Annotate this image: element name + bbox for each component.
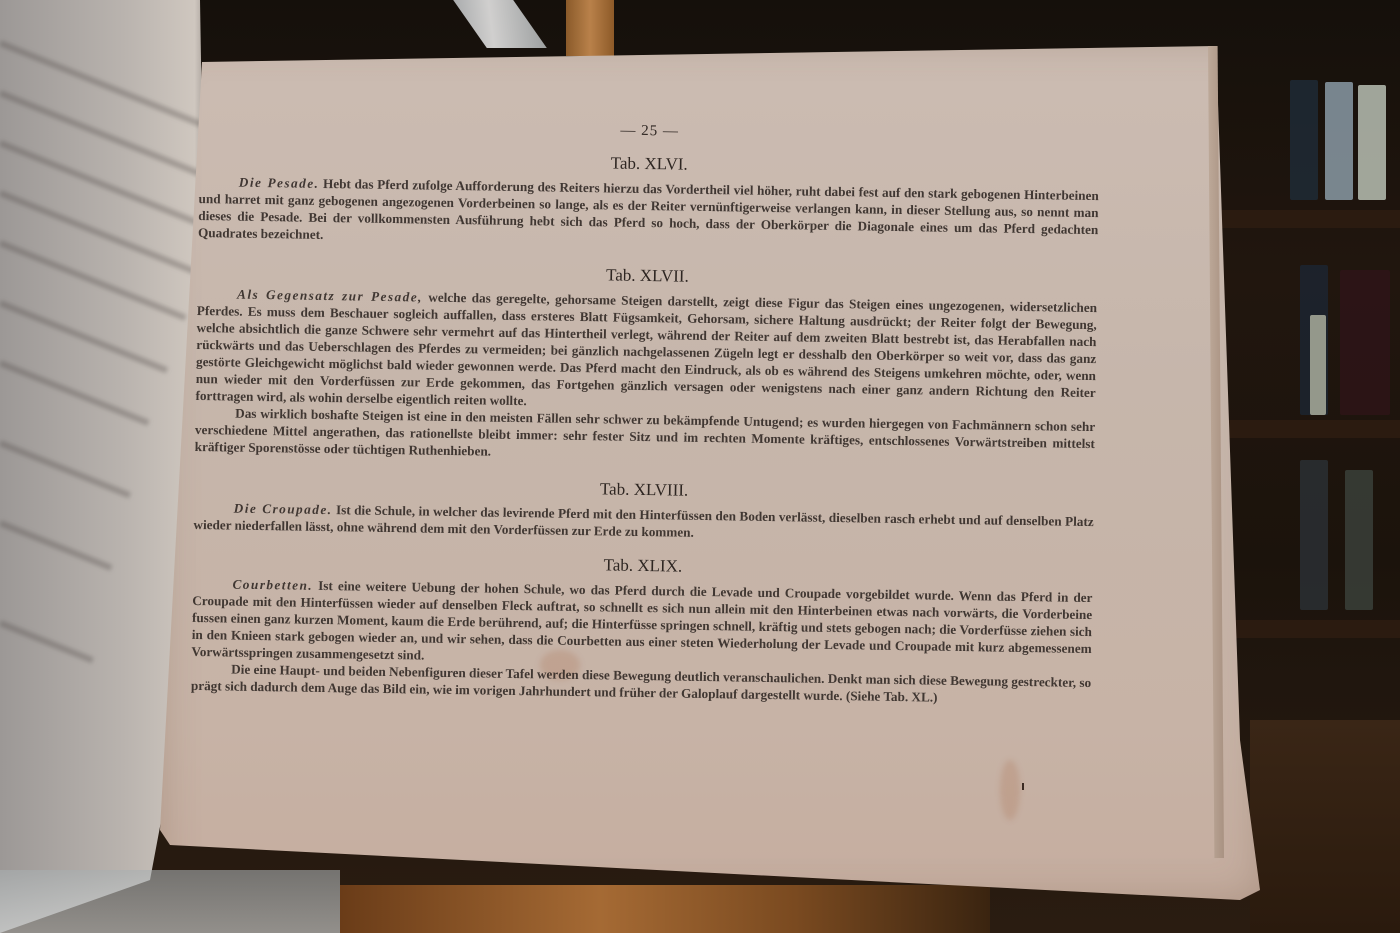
- paragraph: Die Pesade. Hebt das Pferd zufolge Auffo…: [198, 173, 1099, 255]
- section-tab-xlix: Tab. XLIX. Courbetten. Ist eine weitere …: [191, 549, 1093, 708]
- ink-mark: [1022, 783, 1024, 790]
- paragraph-lead: Als Gegensatz zur Pesade,: [237, 287, 423, 305]
- blurred-text-line: [0, 40, 224, 135]
- paragraph-lead: Courbetten.: [232, 577, 313, 593]
- blurred-text-line: [0, 140, 224, 235]
- section-tab-xlvii: Tab. XLVII. Als Gegensatz zur Pesade, we…: [195, 259, 1098, 469]
- shelf-board: [1220, 620, 1400, 638]
- blurred-text-line: [0, 300, 168, 373]
- paragraph: Als Gegensatz zur Pesade, welche das ger…: [195, 285, 1097, 418]
- blurred-text-line: [0, 440, 131, 498]
- paragraph-text: Ist eine weitere Uebung der hohen Schule…: [191, 578, 1092, 663]
- section-tab-xlvi: Tab. XLVI. Die Pesade. Hebt das Pferd zu…: [198, 147, 1099, 255]
- book-spine: [1345, 470, 1373, 610]
- paragraph: Die Croupade. Ist die Schule, in welcher…: [193, 499, 1093, 547]
- section-tab-xlviii: Tab. XLVIII. Die Croupade. Ist die Schul…: [193, 473, 1094, 547]
- page-text: — 25 — Tab. XLVI. Die Pesade. Hebt das P…: [191, 110, 1100, 708]
- blurred-text-line: [0, 360, 149, 426]
- book-spine: [1300, 460, 1328, 610]
- easel-base: [340, 885, 990, 933]
- easel-post: [566, 0, 614, 56]
- paper-stain: [1000, 760, 1020, 820]
- blurred-text-line: [0, 190, 205, 278]
- paragraph-text: Hebt das Pferd zufolge Aufforderung des …: [198, 176, 1099, 242]
- book-spine: [1310, 315, 1326, 415]
- paragraph: Courbetten. Ist eine weitere Uebung der …: [191, 575, 1092, 674]
- book-spine: [1340, 270, 1390, 415]
- paragraph-lead: Die Pesade.: [239, 175, 320, 191]
- blurred-text-line: [0, 90, 224, 185]
- blurred-text-line: [0, 620, 94, 663]
- shelf-board: [1220, 210, 1400, 228]
- paragraph-lead: Die Croupade.: [234, 501, 333, 518]
- left-page-lower-edge: [0, 870, 340, 933]
- book-spine: [1325, 82, 1353, 200]
- blurred-text-line: [0, 240, 187, 320]
- wooden-table: [1250, 720, 1400, 933]
- book-spine: [1290, 80, 1318, 200]
- paragraph-text: welche das geregelte, gehorsame Steigen …: [195, 290, 1097, 409]
- shelf-board: [1220, 420, 1400, 438]
- blurred-text-line: [0, 520, 112, 571]
- book-spine: [1358, 85, 1386, 200]
